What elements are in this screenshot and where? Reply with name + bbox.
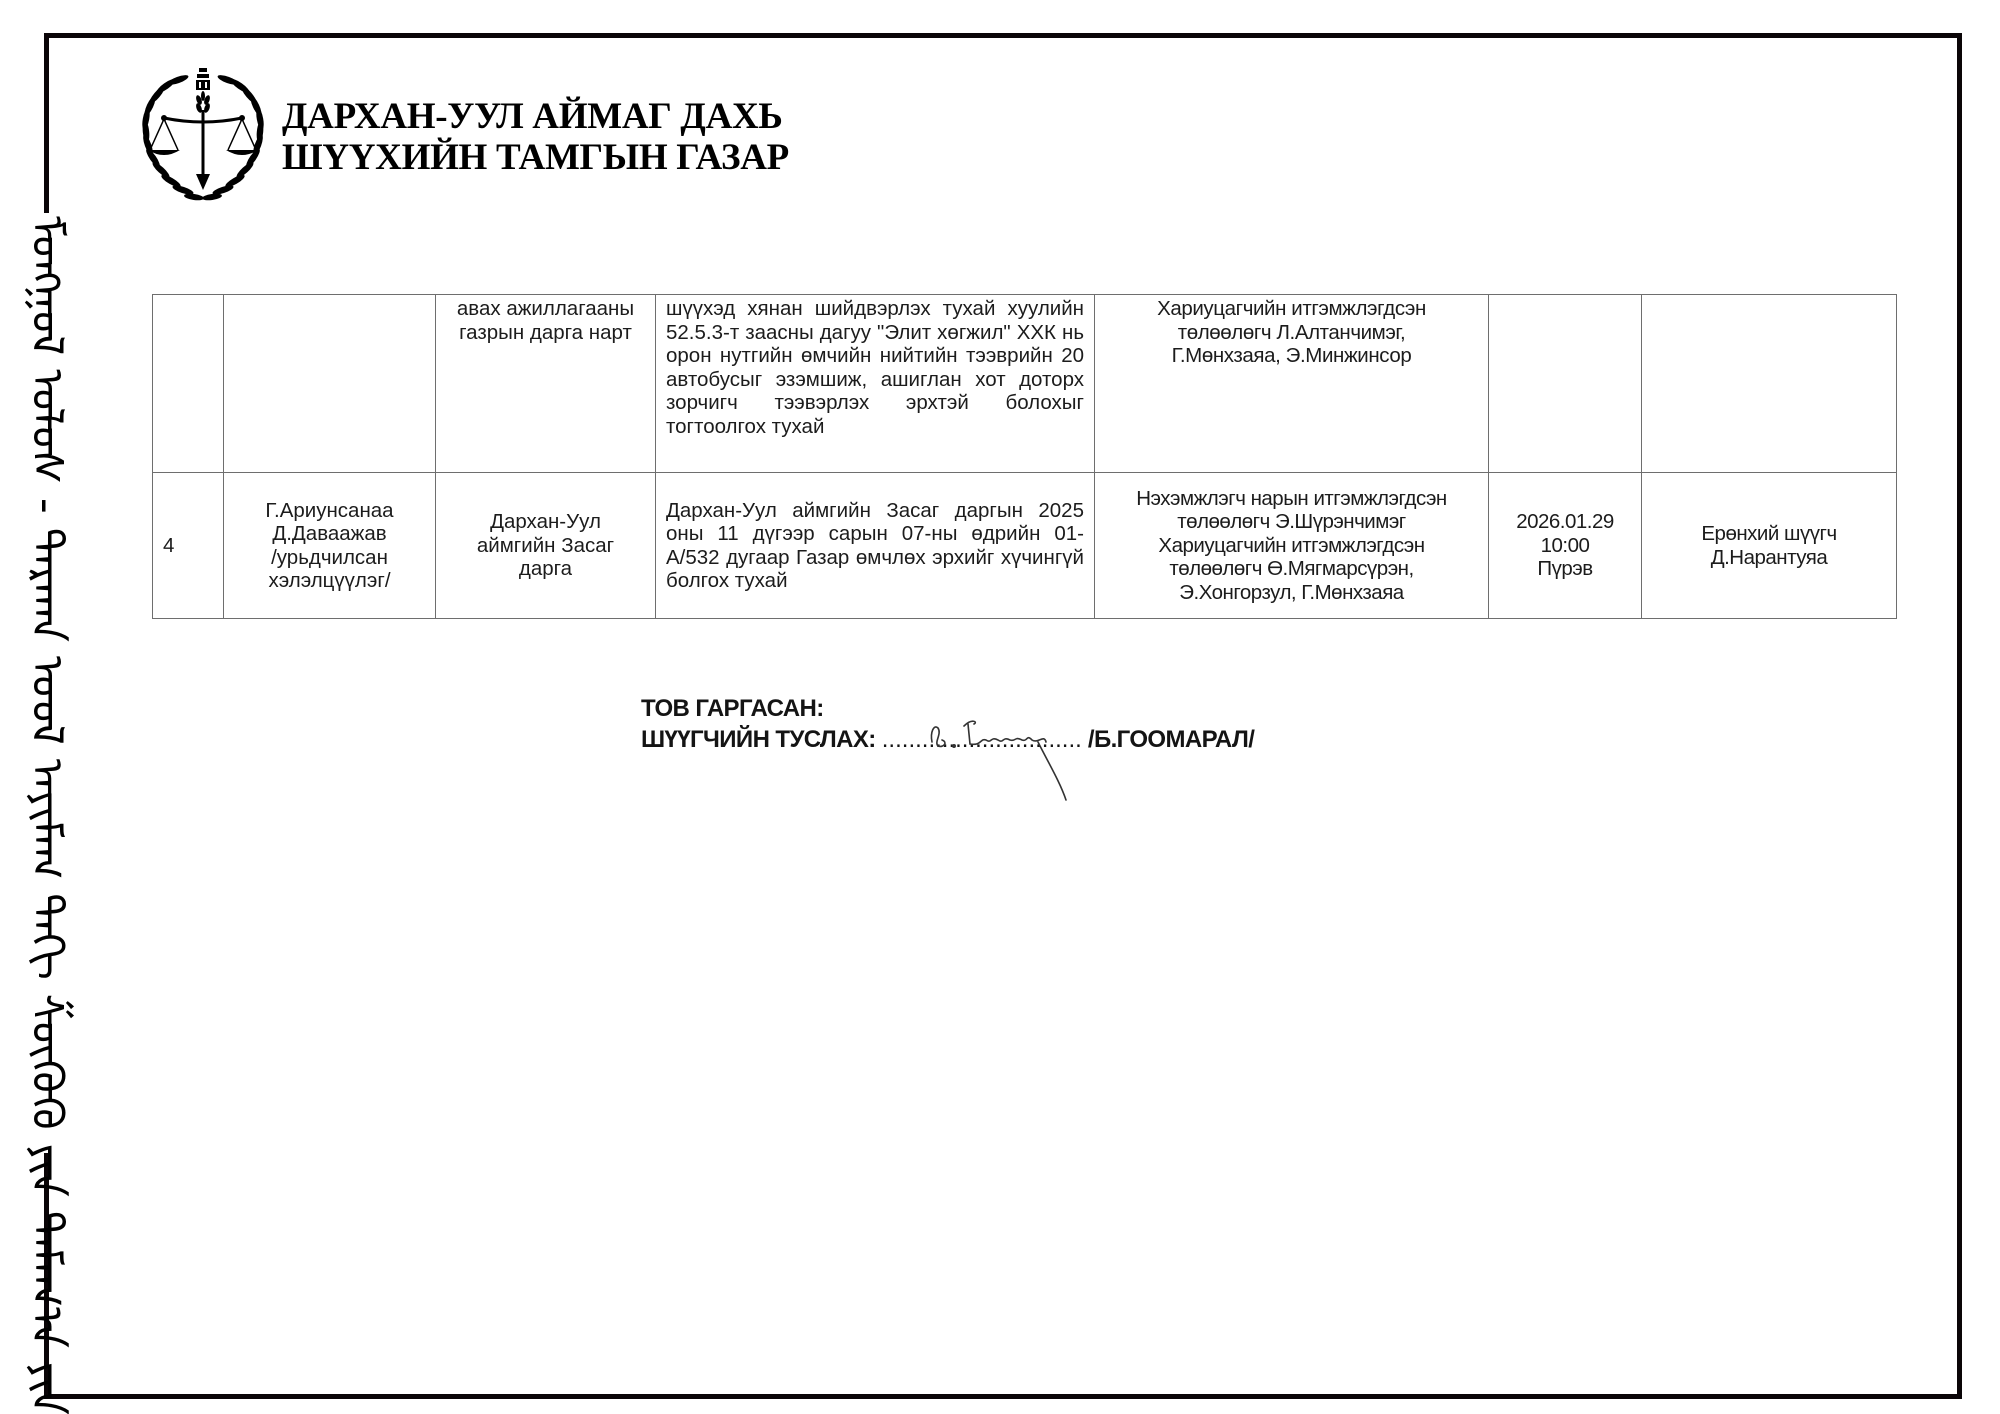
page-frame-top: [44, 33, 1962, 38]
case-number-cell: 4: [153, 473, 224, 619]
case-subject-text: Дархан-Уул аймгийн Засаг даргын 2025 оны…: [656, 497, 1094, 595]
cell-line: 2026.01.29: [1499, 510, 1631, 534]
cell-line: Хариуцагчийн итгэмжлэгдсэн: [1105, 534, 1478, 558]
organization-title: ДАРХАН-УУЛ АЙМАГ ДАХЬ ШҮҮХИЙН ТАМГЫН ГАЗ…: [282, 96, 789, 178]
cell-line: Нэхэмжлэгч нарын итгэмжлэгдсэн: [1105, 487, 1478, 511]
cell-line: 10:00: [1499, 534, 1631, 558]
parties-cell: Г.АриунсанааД.Даваажав/урьдчилсанхэлэлцү…: [224, 473, 436, 619]
cell-line: Г.Мөнхзаяа, Э.Минжинсор: [1105, 344, 1478, 368]
judge-cell: Ерөнхий шүүгчД.Нарантуяа: [1642, 473, 1897, 619]
handwritten-signature-icon: [920, 712, 1120, 802]
judge-cell: [1642, 295, 1897, 473]
representatives-text: Нэхэмжлэгч нарын итгэмжлэгдсэнтөлөөлөгч …: [1095, 485, 1488, 607]
assistant-label: ШҮҮГЧИЙН ТУСЛАХ:: [641, 726, 876, 753]
hearing-schedule-table: авах ажиллагааны газрын дарга нарт шүүхэ…: [152, 294, 1897, 619]
representatives-cell: Хариуцагчийн итгэмжлэгдсэнтөлөөлөгч Л.Ал…: [1095, 295, 1489, 473]
hearing-time-cell: 2026.01.2910:00Пүрэв: [1489, 473, 1642, 619]
representatives-cell: Нэхэмжлэгч нарын итгэмжлэгдсэнтөлөөлөгч …: [1095, 473, 1489, 619]
cell-line: төлөөлөгч Э.Шүрэнчимэг: [1105, 510, 1478, 534]
cell-line: Хариуцагчийн итгэмжлэгдсэн: [1105, 297, 1478, 321]
respondent-cell: Дархан-Уул аймгийн Засаг дарга: [436, 473, 656, 619]
cell-line: төлөөлөгч Л.Алтанчимэг,: [1105, 321, 1478, 345]
cell-line: Э.Хонгорзул, Г.Мөнхзаяа: [1105, 581, 1478, 605]
judge-text: Ерөнхий шүүгчД.Нарантуяа: [1642, 520, 1896, 571]
cell-line: Ерөнхий шүүгч: [1652, 522, 1886, 546]
court-emblem-icon: [138, 66, 268, 210]
table-row: 4 Г.АриунсанааД.Даваажав/урьдчилсанхэлэл…: [153, 473, 1897, 619]
hearing-time-cell: [1489, 295, 1642, 473]
parties-cell: [224, 295, 436, 473]
cell-line: Пүрэв: [1499, 557, 1631, 581]
page-frame-left-upper: [44, 33, 49, 213]
mongolian-script-margin: ᠮᠣᠩᠭᠣᠯ ᠤᠯᠤᠰ - ᠳᠠᠷᠬᠠᠨ ᠤᠤᠯ ᠠᠶᠢᠮᠠᠭ ᠳᠠᠬᠢ ᠱᠦᠭ…: [14, 216, 78, 1150]
hearing-datetime: 2026.01.2910:00Пүрэв: [1489, 508, 1641, 583]
case-subject-text: шүүхэд хянан шийдвэрлэх тухай хуулийн 52…: [656, 295, 1094, 440]
cell-line: төлөөлөгч Ө.Мягмарсүрэн,: [1105, 557, 1478, 581]
respondent-text: авах ажиллагааны газрын дарга нарт: [436, 295, 655, 346]
respondent-text: Дархан-Уул аймгийн Засаг дарга: [436, 510, 655, 581]
case-number-cell: [153, 295, 224, 473]
organization-title-line2: ШҮҮХИЙН ТАМГЫН ГАЗАР: [282, 137, 789, 178]
organization-title-line1: ДАРХАН-УУЛ АЙМАГ ДАХЬ: [282, 96, 789, 137]
cell-line: Г.Ариунсанаа: [234, 499, 425, 523]
case-subject-cell: Дархан-Уул аймгийн Засаг даргын 2025 оны…: [656, 473, 1095, 619]
page-frame-right: [1957, 33, 1962, 1399]
respondent-cell: авах ажиллагааны газрын дарга нарт: [436, 295, 656, 473]
case-number: 4: [153, 532, 223, 560]
page-frame-bottom: [44, 1394, 1962, 1399]
cell-line: хэлэлцүүлэг/: [234, 569, 425, 593]
table-row: авах ажиллагааны газрын дарга нарт шүүхэ…: [153, 295, 1897, 473]
parties-text: Г.АриунсанааД.Даваажав/урьдчилсанхэлэлцү…: [224, 497, 435, 595]
cell-line: Д.Даваажав: [234, 522, 425, 546]
cell-line: Д.Нарантуяа: [1652, 546, 1886, 570]
cell-line: /урьдчилсан: [234, 546, 425, 570]
representatives-text: Хариуцагчийн итгэмжлэгдсэнтөлөөлөгч Л.Ал…: [1095, 295, 1488, 370]
case-subject-cell: шүүхэд хянан шийдвэрлэх тухай хуулийн 52…: [656, 295, 1095, 473]
mongolian-script-text: ᠮᠣᠩᠭᠣᠯ ᠤᠯᠤᠰ - ᠳᠠᠷᠬᠠᠨ ᠤᠤᠯ ᠠᠶᠢᠮᠠᠭ ᠳᠠᠬᠢ ᠱᠦᠭ…: [14, 216, 78, 1150]
